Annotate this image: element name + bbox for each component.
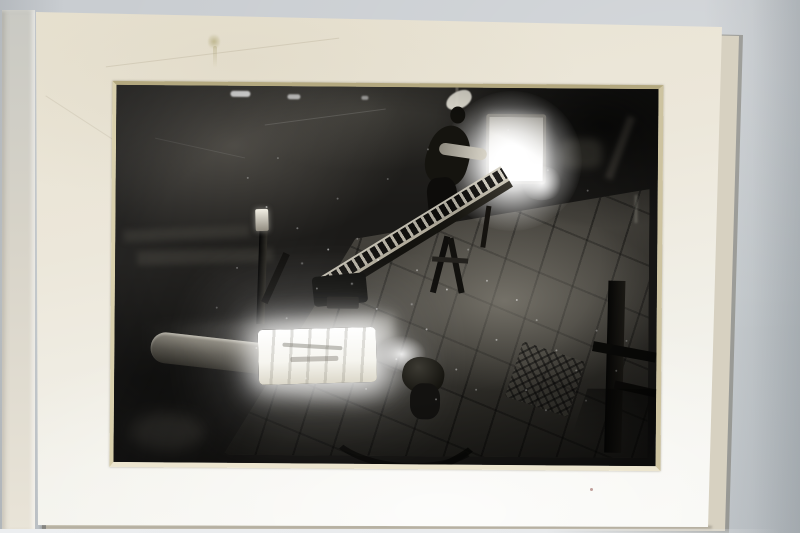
- photo-window-bevel: [109, 81, 663, 471]
- mat-speck: [590, 488, 593, 491]
- mat-stain-drip: [213, 46, 217, 68]
- photo-print: [114, 85, 659, 466]
- wall-shadow-band: [752, 0, 800, 533]
- matted-photograph-still-life: [0, 0, 800, 533]
- table-edge-highlight: [0, 529, 780, 533]
- backing-board-left-edge: [2, 10, 35, 532]
- mat-crease: [106, 38, 339, 68]
- gloss-sheen: [114, 85, 659, 466]
